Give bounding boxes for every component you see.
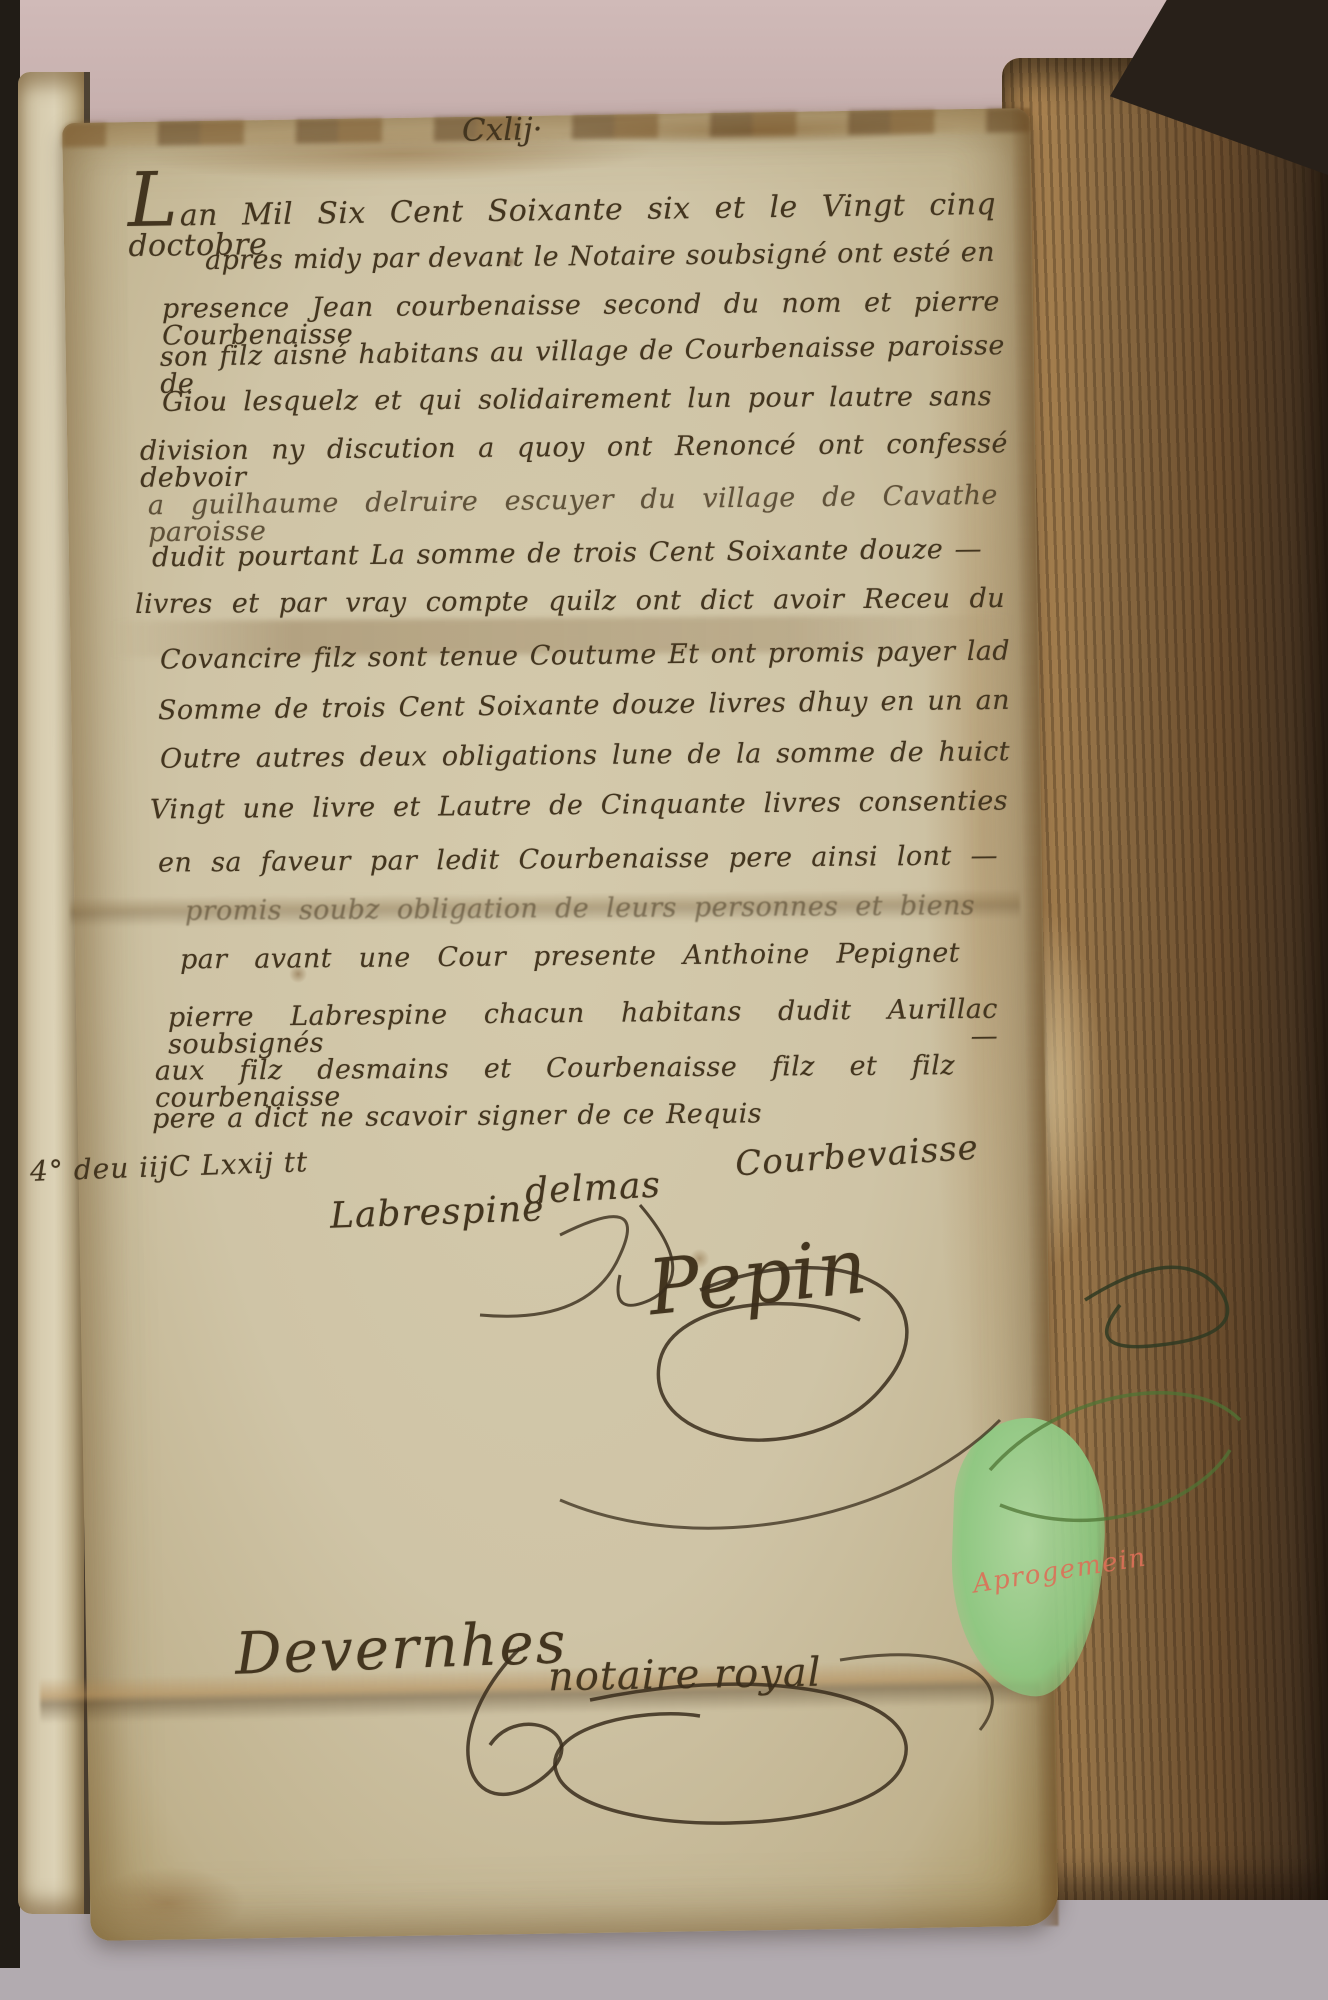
folio-number: Cxlij· [462,111,543,148]
manuscript-line: apres midy par devant le Notaire soubsig… [205,239,995,274]
signature-labrespine: Labrespine [329,1188,545,1236]
signature-notary-title: notaire royal [548,1650,822,1701]
manuscript-line: pierre Labrespine chacun habitans dudit … [168,996,999,1059]
manuscript-line: Giou lesquelz et qui solidairement lun p… [162,383,992,416]
manuscript-line: en sa faveur par ledit Courbenaisse pere… [158,842,998,876]
signature-notary-name: Devernhes [234,1608,569,1688]
manuscript-line: par avant une Cour presente Anthoine Pep… [180,940,960,974]
manuscript-line: promis soubz obligation de leurs personn… [185,892,975,925]
manuscript-line: Outre autres deux obligations lune de la… [160,738,1010,772]
photograph-scene: Cxlij· Lan Mil Six Cent Soixante six et … [0,0,1328,2000]
book-spine [0,0,20,1968]
signature-delmas: delmas [524,1164,662,1212]
manuscript-line: pere a dict ne scavoir signer de ce Requ… [152,1100,762,1132]
manuscript-line: livres et par vray compte quilz ont dict… [135,585,1005,618]
